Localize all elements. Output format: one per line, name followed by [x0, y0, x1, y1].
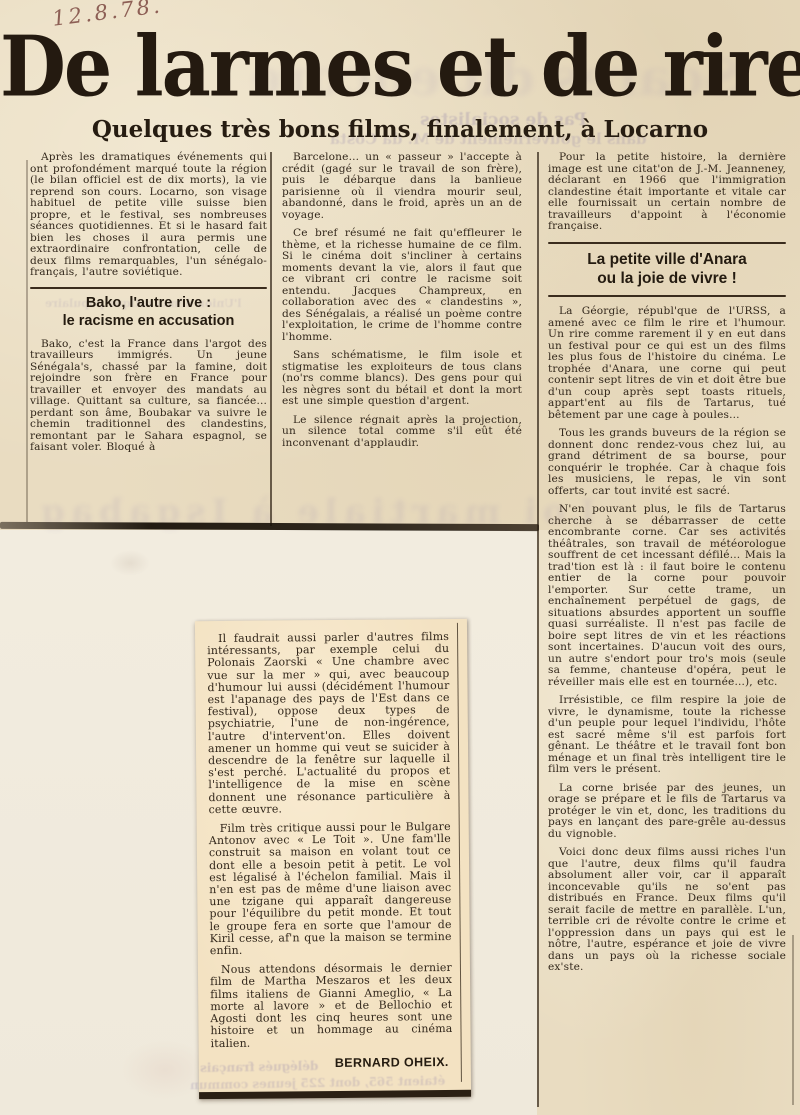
left-edge-rule: [26, 160, 28, 522]
section-rule: [548, 242, 786, 244]
bleedthrough-line: délégués français: [200, 1059, 319, 1075]
paragraph: Bako, c'est la France dans l'argot des t…: [30, 339, 267, 454]
clipping-inner-rule: [456, 623, 462, 1082]
paragraph: Ce bref résumé ne fait qu'effleurer le t…: [282, 228, 522, 343]
paragraph: Sans schématisme, le film isole et stigm…: [282, 350, 522, 408]
paragraph: Le silence régnait après la projection, …: [282, 415, 522, 450]
paragraph: Film très critique aussi pour le Bulgare…: [209, 821, 452, 957]
paragraph: N'en pouvant plus, le fils de Tartarus c…: [548, 504, 786, 688]
section-heading-anara: La petite ville d'Anara ou la joie de vi…: [548, 250, 786, 290]
section-heading-line: Bako, l'autre rive :: [30, 294, 267, 313]
section-rule: [30, 287, 267, 289]
article-title: De larmes et de rires: [0, 18, 800, 116]
section-heading-line: ou la joie de vivre !: [548, 269, 786, 289]
paragraph: La corne brisée par des jeunes, un orage…: [548, 783, 786, 841]
column-2: Barcelone... un « passeur » l'accepte à …: [282, 152, 522, 456]
paragraph: Barcelone... un « passeur » l'accepte à …: [282, 152, 522, 221]
paragraph: La Géorgie, républ'que de l'URSS, a amen…: [548, 306, 786, 421]
paragraph: Il faudrait aussi parler d'autres films …: [207, 631, 451, 816]
section-heading-bako: Bako, l'autre rive : le racisme en accus…: [30, 294, 267, 331]
scanned-newspaper-page: Soares dit encore Pas de socialistes dan…: [0, 0, 800, 1115]
column-3: Pour la petite histoire, la dernière ima…: [548, 152, 786, 1105]
paragraph: Nous attendons désormais le dernier film…: [210, 962, 453, 1050]
paragraph: Pour la petite histoire, la dernière ima…: [548, 152, 786, 233]
pasted-clipping: Il faudrait aussi parler d'autres films …: [195, 619, 471, 1099]
paragraph: Tous les grands buveurs de la région se …: [548, 428, 786, 497]
paragraph: Après les dramatiques événements qui ont…: [30, 152, 267, 279]
article-subtitle: Quelques très bons films, finalement, à …: [0, 116, 800, 143]
paragraph: Voici donc deux films aussi riches l'un …: [548, 847, 786, 974]
section-heading-line: le racisme en accusation: [30, 312, 267, 331]
paragraph: Irrésistible, ce film respire la joie de…: [548, 695, 786, 776]
section-heading-line: La petite ville d'Anara: [548, 250, 786, 270]
column-divider: [270, 152, 272, 526]
column-divider: [537, 152, 539, 1107]
paper-stain: [110, 550, 150, 576]
column-1: Après les dramatiques événements qui ont…: [30, 152, 267, 461]
section-rule: [548, 295, 786, 297]
right-edge-rule: [792, 935, 794, 1105]
